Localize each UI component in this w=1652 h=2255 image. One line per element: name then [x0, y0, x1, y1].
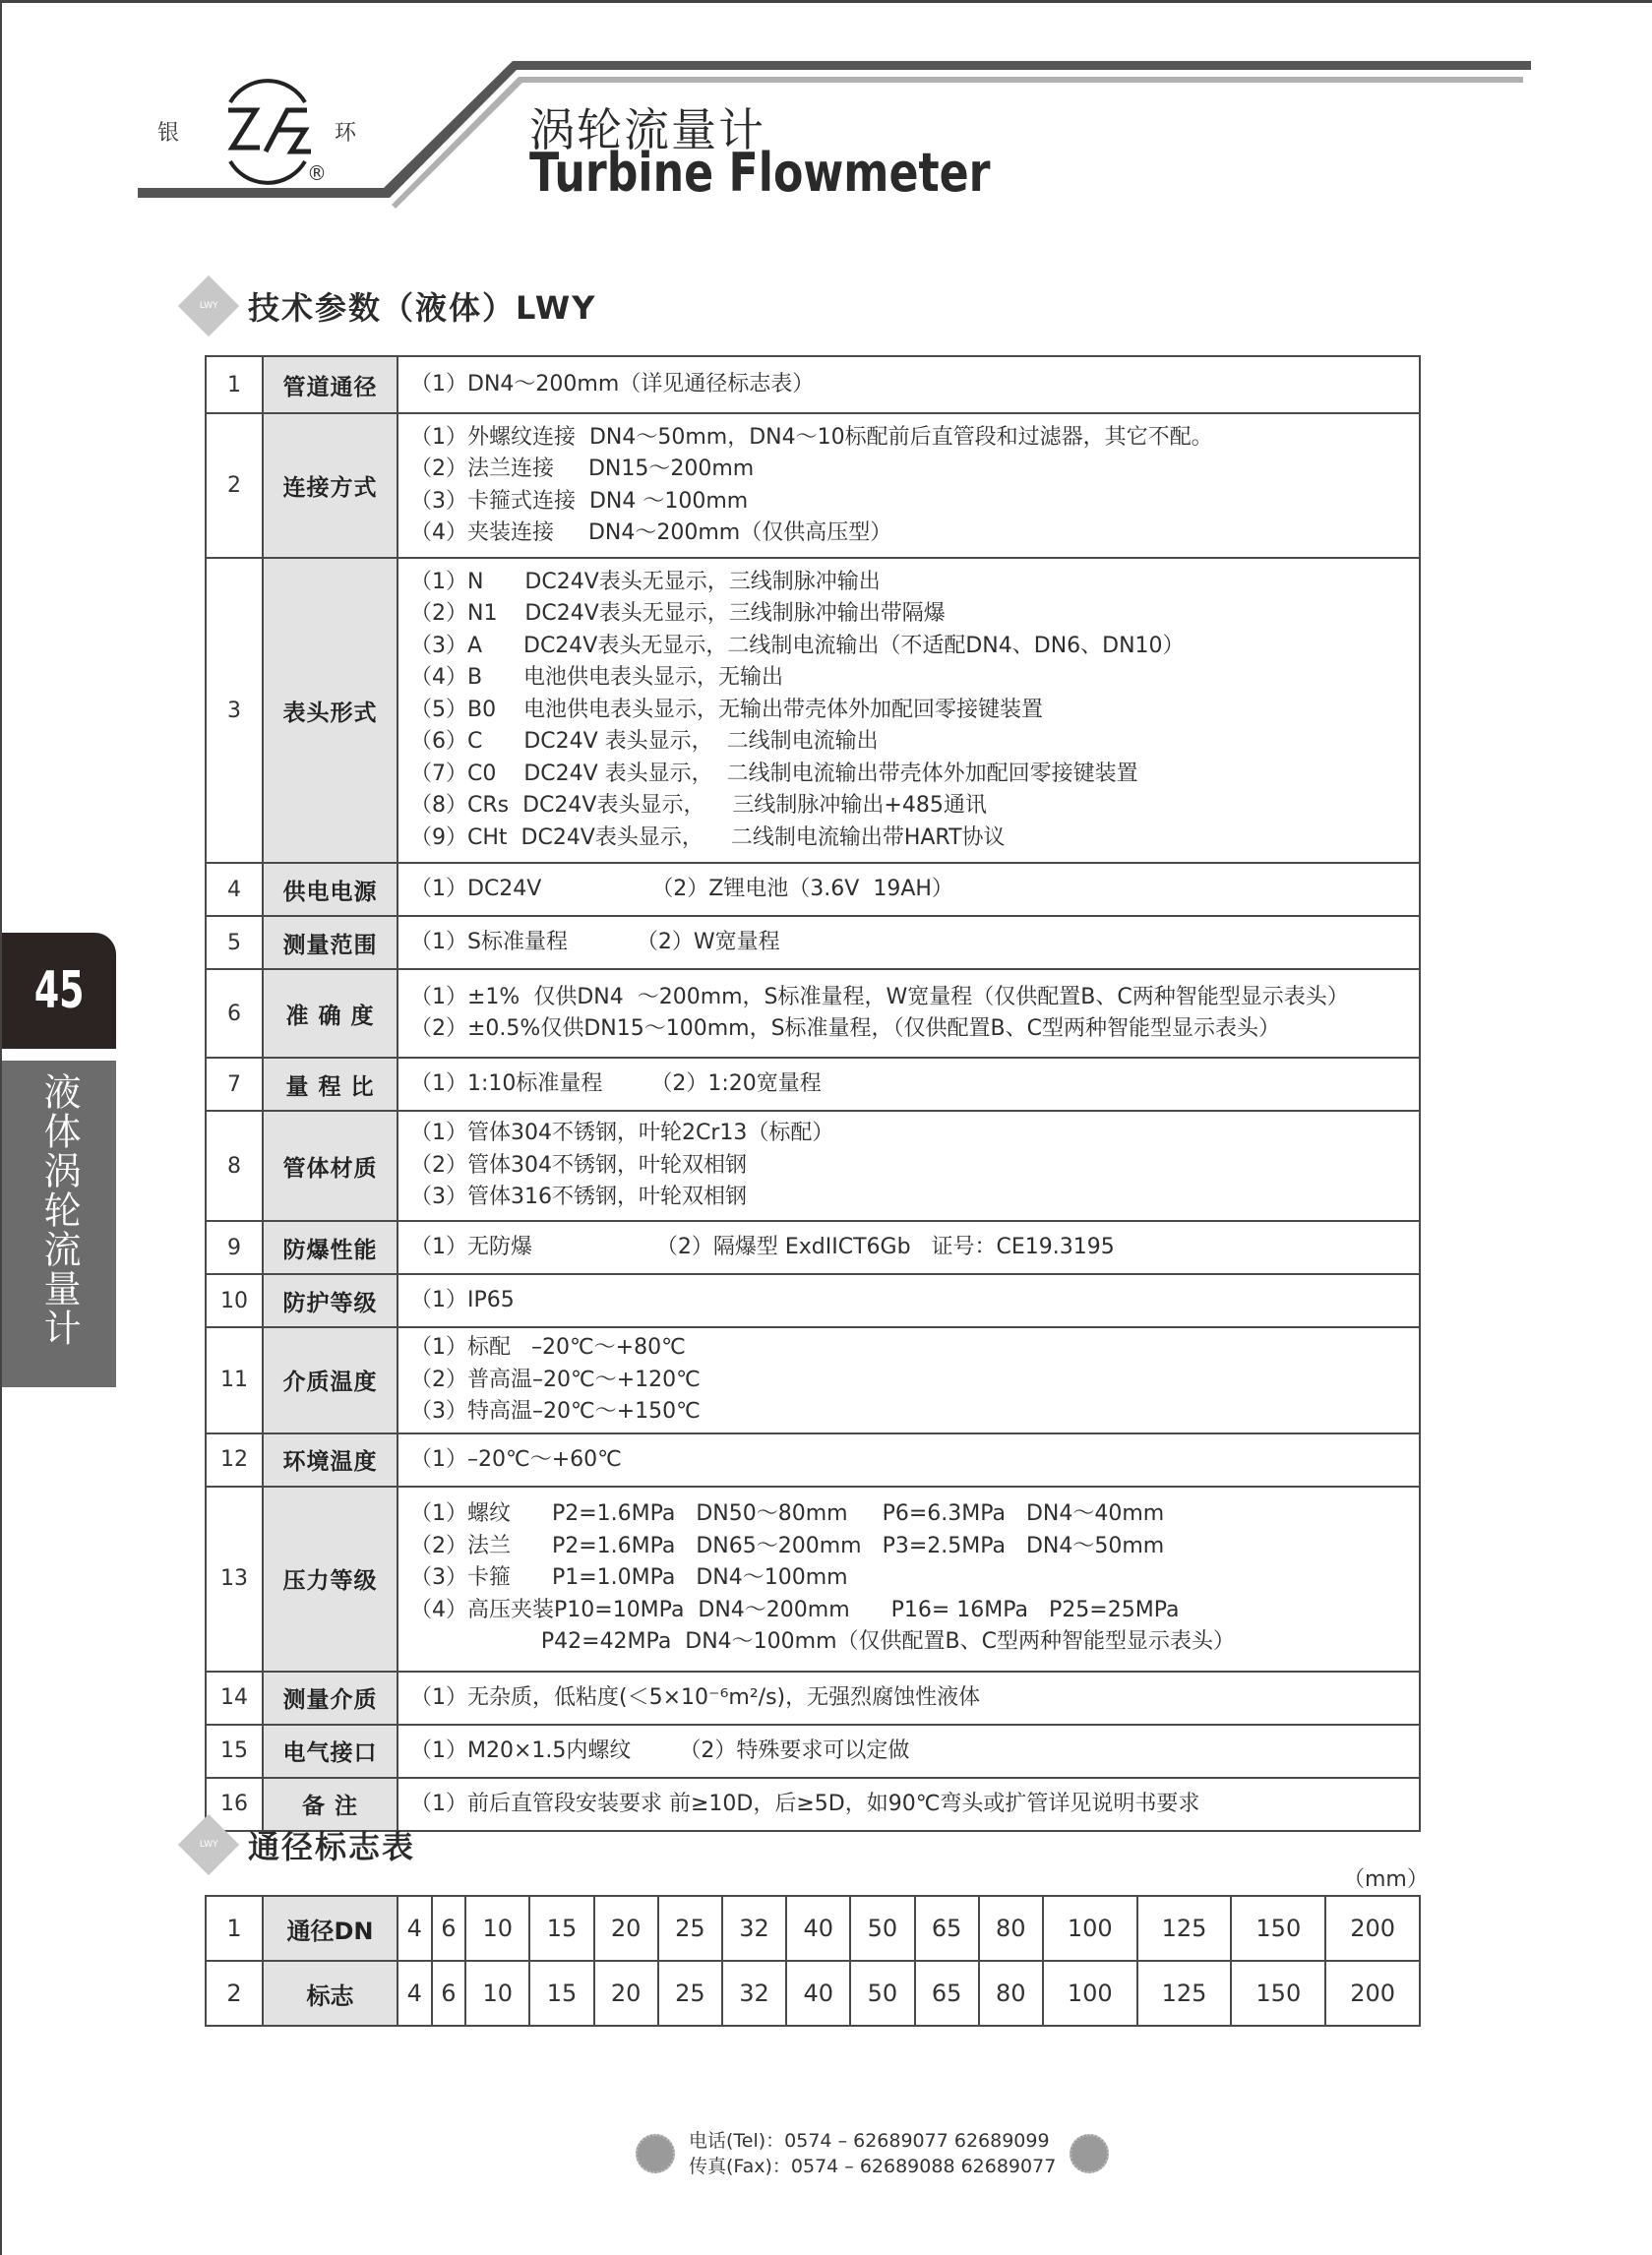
table-row: 1 通径DN 4 6 10 15 20 25 32 40 50 65 80 10… [206, 1896, 1420, 1961]
spec-section-title: 技术参数（液体）LWY [248, 283, 596, 329]
row-number: 11 [206, 1327, 263, 1433]
row-number: 1 [206, 356, 263, 413]
dn-cell: 25 [658, 1961, 722, 2026]
side-tab-page-number: 45 [2, 933, 116, 1049]
side-tab-category: 液体涡轮流量计 [2, 1061, 116, 1387]
dn-cell: 25 [658, 1896, 722, 1961]
row-number: 2 [206, 1961, 263, 2026]
dn-cell: 125 [1137, 1896, 1232, 1961]
table-row: 15电气接口（1）M20×1.5内螺纹 （2）特殊要求可以定做 [206, 1725, 1420, 1778]
spec-section-heading: LWY 技术参数（液体）LWY [179, 283, 596, 329]
section-diamond-icon: LWY [178, 275, 239, 336]
dn-cell: 15 [529, 1896, 593, 1961]
decorative-dot-icon [1070, 2134, 1109, 2173]
row-content: （1）DN4～200mm（详见通径标志表） [398, 356, 1420, 413]
row-label: 电气接口 [263, 1725, 398, 1778]
row-label: 防护等级 [263, 1274, 398, 1327]
dn-cell: 15 [529, 1961, 593, 2026]
row-label: 压力等级 [263, 1487, 398, 1672]
dn-cell: 65 [915, 1961, 979, 2026]
dn-cell: 20 [594, 1961, 658, 2026]
row-number: 2 [206, 413, 263, 558]
row-label: 测量介质 [263, 1672, 398, 1725]
dn-cell: 10 [465, 1896, 529, 1961]
row-number: 9 [206, 1221, 263, 1274]
table-row: 10防护等级（1）IP65 [206, 1274, 1420, 1327]
row-number: 3 [206, 558, 263, 863]
row-content: （1）管体304不锈钢，叶轮2Cr13（标配） （2）管体304不锈钢，叶轮双相… [398, 1111, 1420, 1221]
dn-cell: 100 [1043, 1961, 1137, 2026]
spec-table: 1管道通径（1）DN4～200mm（详见通径标志表） 2连接方式（1）外螺纹连接… [205, 355, 1421, 1832]
row-content: （1）–20℃～+60℃ [398, 1433, 1420, 1487]
brand-right-char: 环 [335, 116, 356, 147]
page-title-en: Turbine Flowmeter [529, 142, 991, 204]
row-content: （1）DC24V （2）Z锂电池（3.6V 19AH） [398, 863, 1420, 916]
contact-info: 电话(Tel)：0574 – 62689077 62689099 传真(Fax)… [689, 2128, 1056, 2179]
dn-cell: 65 [915, 1896, 979, 1961]
table-row: 1管道通径（1）DN4～200mm（详见通径标志表） [206, 356, 1420, 413]
dn-cell: 40 [786, 1961, 850, 2026]
dn-cell: 200 [1325, 1896, 1420, 1961]
row-content: （1）无防爆 （2）隔爆型 ExdIICT6Gb 证号：CE19.3195 [398, 1221, 1420, 1274]
dn-cell: 6 [432, 1961, 466, 2026]
section-diamond-icon: LWY [178, 1814, 239, 1875]
dn-cell: 125 [1137, 1961, 1232, 2026]
row-content: （1）前后直管段安装要求 前≥10D，后≥5D，如90℃弯头或扩管详见说明书要求 [398, 1778, 1420, 1831]
tel-line: 电话(Tel)：0574 – 62689077 62689099 [689, 2128, 1056, 2154]
row-label: 环境温度 [263, 1433, 398, 1487]
dn-cell: 20 [594, 1896, 658, 1961]
dn-cell: 50 [850, 1896, 914, 1961]
row-label: 管体材质 [263, 1111, 398, 1221]
dn-cell: 150 [1231, 1961, 1325, 2026]
row-number: 14 [206, 1672, 263, 1725]
dn-cell: 100 [1043, 1896, 1137, 1961]
dn-cell: 4 [398, 1961, 432, 2026]
row-content: （1）无杂质，低粘度(＜5×10⁻⁶m²/s)，无强烈腐蚀性液体 [398, 1672, 1420, 1725]
table-row: 2连接方式（1）外螺纹连接 DN4～50mm，DN4～10标配前后直管段和过滤器… [206, 413, 1420, 558]
dn-cell: 200 [1325, 1961, 1420, 2026]
row-label: 通径DN [263, 1896, 398, 1961]
row-number: 5 [206, 916, 263, 969]
row-content: （1）外螺纹连接 DN4～50mm，DN4～10标配前后直管段和过滤器，其它不配… [398, 413, 1420, 558]
row-label: 防爆性能 [263, 1221, 398, 1274]
row-content: （1）IP65 [398, 1274, 1420, 1327]
dn-cell: 80 [979, 1896, 1043, 1961]
table-row: 4供电电源（1）DC24V （2）Z锂电池（3.6V 19AH） [206, 863, 1420, 916]
row-label: 供电电源 [263, 863, 398, 916]
dn-cell: 150 [1231, 1896, 1325, 1961]
dn-cell: 50 [850, 1961, 914, 2026]
table-row: 6准 确 度（1）±1% 仅供DN4 ～200mm，S标准量程，W宽量程（仅供配… [206, 969, 1420, 1058]
dn-cell: 6 [432, 1896, 466, 1961]
unit-label: （mm） [1343, 1862, 1429, 1893]
row-label: 量 程 比 [263, 1058, 398, 1111]
row-number: 10 [206, 1274, 263, 1327]
row-number: 7 [206, 1058, 263, 1111]
row-content: （1）±1% 仅供DN4 ～200mm，S标准量程，W宽量程（仅供配置B、C两种… [398, 969, 1420, 1058]
brand-logo: 银 ® 环 [157, 71, 394, 189]
row-content: （1）螺纹 P2=1.6MPa DN50～80mm P6=6.3MPa DN4～… [398, 1487, 1420, 1672]
decorative-dot-icon [636, 2134, 675, 2173]
row-content: （1）标配 –20℃～+80℃ （2）普高温–20℃～+120℃ （3）特高温–… [398, 1327, 1420, 1433]
row-label: 表头形式 [263, 558, 398, 863]
contact-footer: 电话(Tel)：0574 – 62689077 62689099 传真(Fax)… [636, 2128, 1109, 2179]
table-row: 12环境温度（1）–20℃～+60℃ [206, 1433, 1420, 1487]
table-row: 8管体材质（1）管体304不锈钢，叶轮2Cr13（标配） （2）管体304不锈钢… [206, 1111, 1420, 1221]
row-number: 8 [206, 1111, 263, 1221]
table-row: 13压力等级（1）螺纹 P2=1.6MPa DN50～80mm P6=6.3MP… [206, 1487, 1420, 1672]
row-content: （1）N DC24V表头无显示，三线制脉冲输出 （2）N1 DC24V表头无显示… [398, 558, 1420, 863]
row-content: （1）M20×1.5内螺纹 （2）特殊要求可以定做 [398, 1725, 1420, 1778]
table-row: 9防爆性能（1）无防爆 （2）隔爆型 ExdIICT6Gb 证号：CE19.31… [206, 1221, 1420, 1274]
dn-cell: 10 [465, 1961, 529, 2026]
row-content: （1）1:10标准量程 （2）1:20宽量程 [398, 1058, 1420, 1111]
fax-line: 传真(Fax)：0574 – 62689088 62689077 [689, 2154, 1056, 2179]
row-number: 4 [206, 863, 263, 916]
row-label: 连接方式 [263, 413, 398, 558]
row-label: 管道通径 [263, 356, 398, 413]
row-number: 13 [206, 1487, 263, 1672]
row-number: 12 [206, 1433, 263, 1487]
row-label: 准 确 度 [263, 969, 398, 1058]
brand-left-char: 银 [157, 116, 179, 147]
dn-section-heading: LWY 通径标志表 [179, 1822, 415, 1867]
table-row: 11介质温度（1）标配 –20℃～+80℃ （2）普高温–20℃～+120℃ （… [206, 1327, 1420, 1433]
row-label: 测量范围 [263, 916, 398, 969]
row-number: 15 [206, 1725, 263, 1778]
dn-cell: 40 [786, 1896, 850, 1961]
dn-cell: 4 [398, 1896, 432, 1961]
dn-cell: 32 [722, 1896, 786, 1961]
table-row: 2 标志 4 6 10 15 20 25 32 40 50 65 80 100 … [206, 1961, 1420, 2026]
dn-section-title: 通径标志表 [248, 1822, 415, 1867]
dn-cell: 32 [722, 1961, 786, 2026]
row-label: 标志 [263, 1961, 398, 2026]
dn-cell: 80 [979, 1961, 1043, 2026]
table-row: 14测量介质（1）无杂质，低粘度(＜5×10⁻⁶m²/s)，无强烈腐蚀性液体 [206, 1672, 1420, 1725]
registered-mark: ® [307, 161, 327, 185]
table-row: 3表头形式（1）N DC24V表头无显示，三线制脉冲输出 （2）N1 DC24V… [206, 558, 1420, 863]
dn-table: 1 通径DN 4 6 10 15 20 25 32 40 50 65 80 10… [205, 1895, 1421, 2027]
row-number: 1 [206, 1896, 263, 1961]
row-label: 介质温度 [263, 1327, 398, 1433]
row-number: 6 [206, 969, 263, 1058]
table-row: 7量 程 比（1）1:10标准量程 （2）1:20宽量程 [206, 1058, 1420, 1111]
table-row: 5测量范围（1）S标准量程 （2）W宽量程 [206, 916, 1420, 969]
row-content: （1）S标准量程 （2）W宽量程 [398, 916, 1420, 969]
